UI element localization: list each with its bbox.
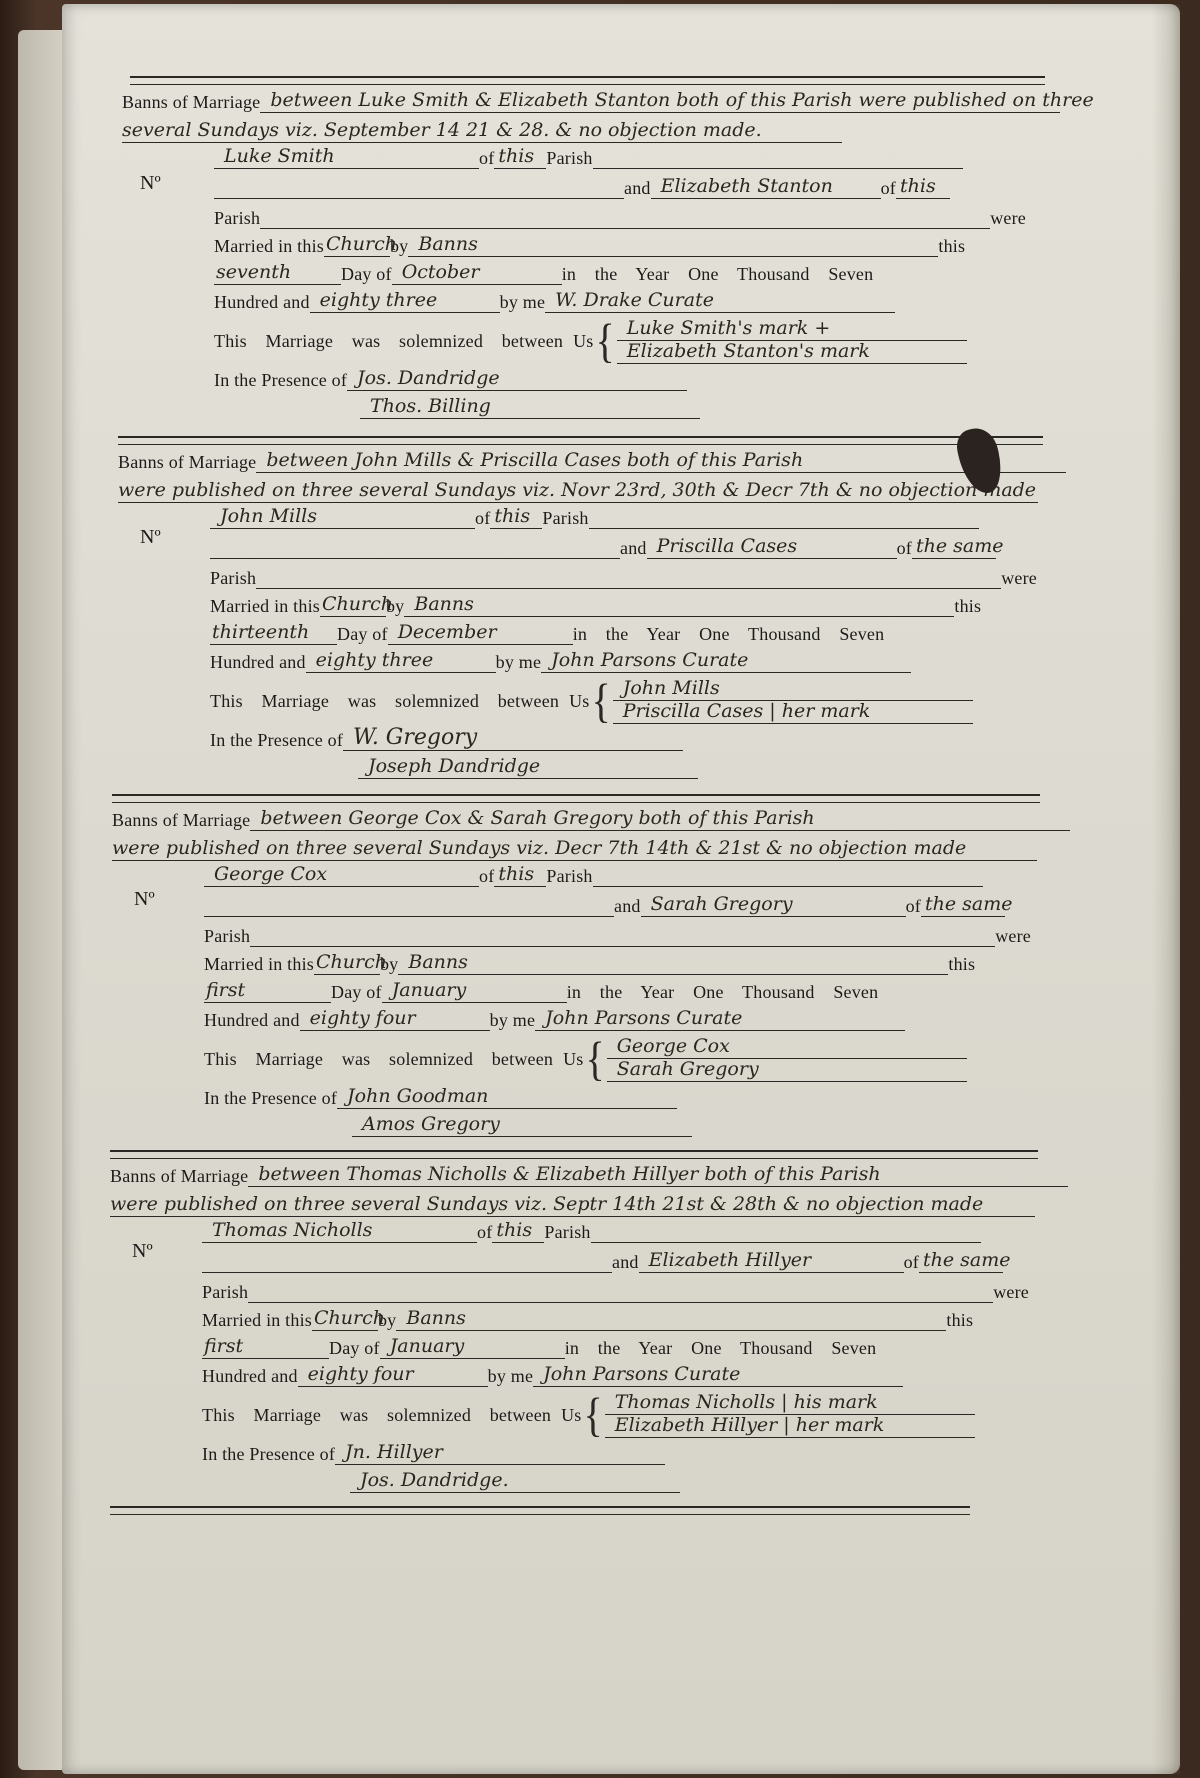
bride-name: Sarah Gregory bbox=[641, 894, 906, 917]
signature-groom: Thomas Nicholls | his mark bbox=[605, 1392, 975, 1415]
bride-parish: this bbox=[896, 176, 950, 199]
signature-bride: Elizabeth Hillyer | her mark bbox=[605, 1415, 975, 1438]
brace-icon: { bbox=[596, 323, 615, 359]
groom-name: Thomas Nicholls bbox=[202, 1220, 477, 1243]
entry-divider bbox=[130, 76, 1045, 85]
banns-label: Banns of Marriage bbox=[110, 1166, 248, 1187]
marriage-year: eighty three bbox=[306, 650, 496, 673]
marriage-year: eighty four bbox=[298, 1364, 488, 1387]
groom-parish: this bbox=[490, 506, 542, 529]
marriage-entry-4: Banns of Marriage between Thomas Nicholl… bbox=[110, 1150, 1110, 1530]
witness-2: Jos. Dandridge. bbox=[350, 1470, 680, 1493]
banns-text-line1: between Luke Smith & Elizabeth Stanton b… bbox=[260, 90, 1060, 113]
signature-groom: Luke Smith's mark + bbox=[617, 318, 967, 341]
banns-label: Banns of Marriage bbox=[118, 452, 256, 473]
groom-name: George Cox bbox=[204, 864, 479, 887]
marriage-day: seventh bbox=[214, 262, 341, 285]
marriage-month: October bbox=[392, 262, 562, 285]
witness-2: Joseph Dandridge bbox=[358, 756, 698, 779]
marriage-by: Banns bbox=[396, 1308, 946, 1331]
marriage-place: Church bbox=[312, 1308, 378, 1331]
marriage-place: Church bbox=[320, 594, 386, 617]
groom-parish: this bbox=[494, 146, 546, 169]
marriage-day: first bbox=[204, 980, 331, 1003]
signature-bride: Priscilla Cases | her mark bbox=[613, 701, 973, 724]
bride-name: Elizabeth Stanton bbox=[651, 176, 881, 199]
brace-icon: { bbox=[584, 1397, 603, 1433]
officiant: W. Drake Curate bbox=[545, 290, 895, 313]
entry-number-label: Nº bbox=[140, 526, 161, 549]
marriage-entry-2: Banns of Marriage between John Mills & P… bbox=[118, 436, 1118, 776]
banns-text-line2: were published on three several Sundays … bbox=[112, 838, 1037, 861]
officiant: John Parsons Curate bbox=[535, 1008, 905, 1031]
bride-parish: the same bbox=[921, 894, 1005, 917]
witness-1: W. Gregory bbox=[343, 728, 683, 751]
groom-parish: this bbox=[494, 864, 546, 887]
bride-parish: the same bbox=[919, 1250, 1003, 1273]
entry-number-label: Nº bbox=[140, 172, 161, 195]
witness-1: Jn. Hillyer bbox=[335, 1442, 665, 1465]
marriage-month: December bbox=[388, 622, 573, 645]
banns-label: Banns of Marriage bbox=[112, 810, 250, 831]
banns-text-line2: were published on three several Sundays … bbox=[110, 1194, 1035, 1217]
banns-text-line1: between John Mills & Priscilla Cases bot… bbox=[256, 450, 1066, 473]
marriage-place: Church bbox=[324, 234, 390, 257]
witness-2: Amos Gregory bbox=[352, 1114, 692, 1137]
officiant: John Parsons Curate bbox=[541, 650, 911, 673]
marriage-year: eighty three bbox=[310, 290, 500, 313]
marriage-by: Banns bbox=[404, 594, 954, 617]
entry-divider bbox=[118, 436, 1043, 445]
signature-bride: Elizabeth Stanton's mark bbox=[617, 341, 967, 364]
register-page: Banns of Marriage between Luke Smith & E… bbox=[62, 4, 1180, 1774]
marriage-month: January bbox=[382, 980, 567, 1003]
entry-number-label: Nº bbox=[132, 1240, 153, 1263]
banns-text-line2: were published on three several Sundays … bbox=[118, 480, 1038, 503]
signature-groom: George Cox bbox=[607, 1036, 967, 1059]
witness-1: John Goodman bbox=[337, 1086, 677, 1109]
entry-number-label: Nº bbox=[134, 888, 155, 911]
bride-name: Priscilla Cases bbox=[647, 536, 897, 559]
groom-name: Luke Smith bbox=[214, 146, 479, 169]
witness-2: Thos. Billing bbox=[360, 396, 700, 419]
banns-label: Banns of Marriage bbox=[122, 92, 260, 113]
marriage-day: first bbox=[202, 1336, 329, 1359]
bride-parish: the same bbox=[912, 536, 996, 559]
marriage-by: Banns bbox=[398, 952, 948, 975]
signature-bride: Sarah Gregory bbox=[607, 1059, 967, 1082]
witness-1: Jos. Dandridge bbox=[347, 368, 687, 391]
marriage-day: thirteenth bbox=[210, 622, 337, 645]
marriage-year: eighty four bbox=[300, 1008, 490, 1031]
banns-text-line2: several Sundays viz. September 14 21 & 2… bbox=[122, 120, 842, 143]
banns-text-line1: between George Cox & Sarah Gregory both … bbox=[250, 808, 1070, 831]
groom-name: John Mills bbox=[210, 506, 475, 529]
marriage-place: Church bbox=[314, 952, 380, 975]
brace-icon: { bbox=[586, 1041, 605, 1077]
entry-divider bbox=[110, 1150, 1038, 1159]
marriage-entry-1: Banns of Marriage between Luke Smith & E… bbox=[122, 76, 1122, 416]
signature-groom: John Mills bbox=[613, 678, 973, 701]
marriage-month: January bbox=[380, 1336, 565, 1359]
marriage-entry-3: Banns of Marriage between George Cox & S… bbox=[112, 794, 1112, 1134]
marriage-by: Banns bbox=[408, 234, 938, 257]
banns-text-line1: between Thomas Nicholls & Elizabeth Hill… bbox=[248, 1164, 1068, 1187]
groom-parish: this bbox=[492, 1220, 544, 1243]
page-bottom-divider bbox=[110, 1506, 970, 1515]
entry-divider bbox=[112, 794, 1040, 803]
brace-icon: { bbox=[592, 683, 611, 719]
bride-name: Elizabeth Hillyer bbox=[639, 1250, 904, 1273]
officiant: John Parsons Curate bbox=[533, 1364, 903, 1387]
